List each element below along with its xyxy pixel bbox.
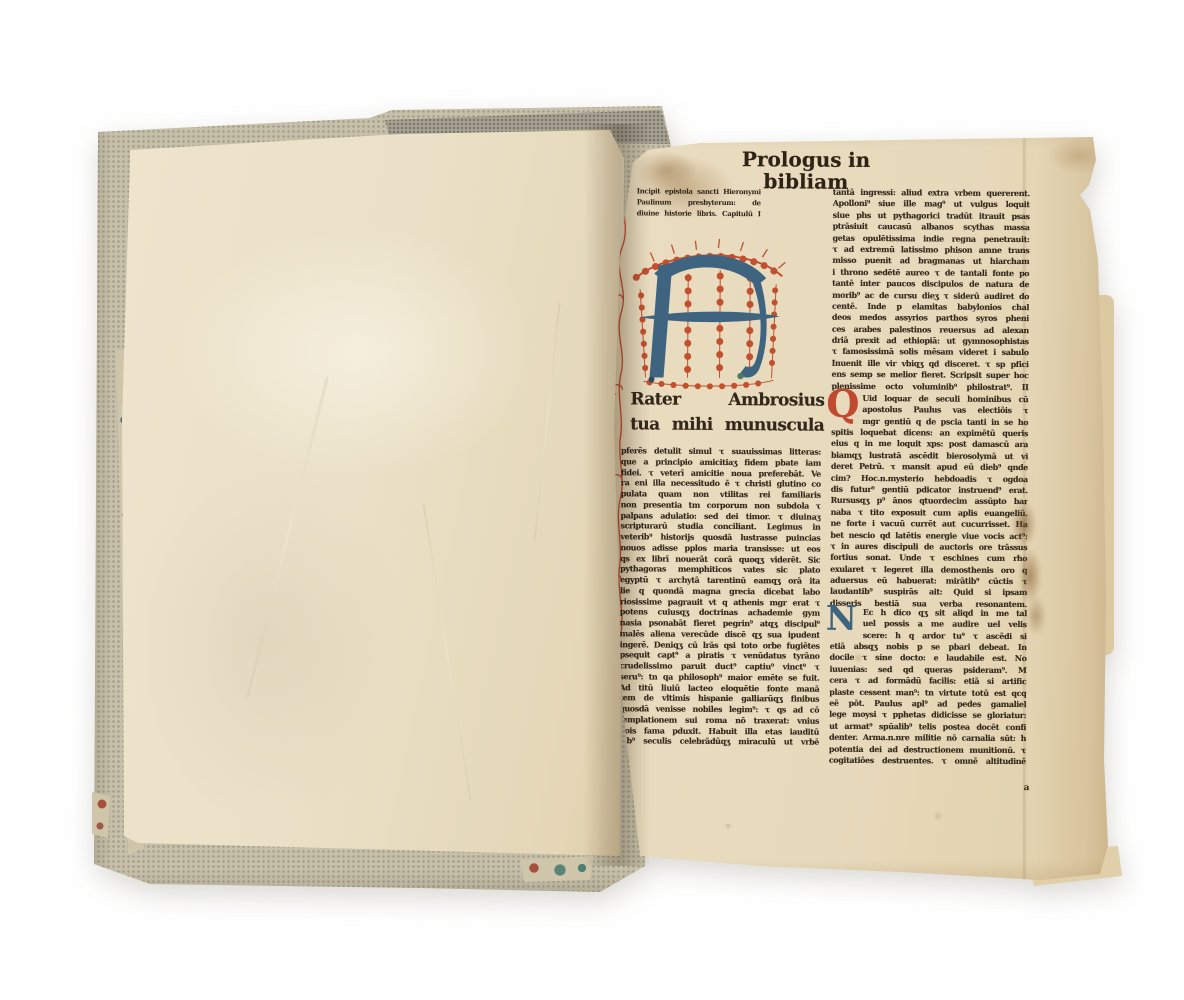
text-line: cera τ ad formādū facilis: etiā si artif… [829, 675, 1026, 688]
text-line: ens semp se melior fieret. Scripsit supe… [832, 369, 1029, 382]
text-line: lege moysi τ pphetas didicisse se gloria… [829, 709, 1026, 722]
text-line: malēs aliena verecūde discē qʒ sua ipude… [620, 628, 820, 640]
text-line: ne forte i vacuū currēt aut cucurrisset.… [830, 518, 1027, 531]
blue-letter-body [639, 254, 780, 383]
text-column-left: pferēs detulit simul τ suauissimas litte… [619, 445, 821, 747]
text-column-right-q-indent: Uid loquar de seculi hominibus cūapostol… [862, 393, 1028, 428]
decorated-paper-edge-bottom [520, 856, 594, 882]
illuminated-initial-F [623, 225, 792, 392]
page-wrinkle [533, 303, 560, 542]
text-line: fortius sonat. Unde τ eschines cum rho [830, 552, 1027, 565]
text-line: seru⁹: tn qa philosoph⁹ maior emēte se f… [619, 671, 819, 683]
page-wrinkle [246, 377, 329, 698]
text-line: ptrāsiuit caucasū albanos scythas massa [833, 221, 1030, 234]
page-wrinkle [423, 504, 472, 801]
text-line: tantē inter paucos discipulos de natura … [832, 278, 1029, 291]
book: Prologus in bibliam Incipit epistola san… [0, 0, 1184, 1000]
text-line: plenissime octo voluminib⁹ philostrat⁹. … [831, 380, 1028, 393]
text-column-right-middle: spitis loquebat dicens: an expimētū quer… [830, 427, 1028, 611]
page-content: Prologus in bibliam Incipit epistola san… [603, 125, 1120, 889]
text-line: non presentia tm corporum non subdola τ [621, 499, 821, 511]
text-line: tua mihi munuscula [630, 412, 824, 438]
text-line: oib⁹ seculis celebrādūqʒ miraculū ut vrb… [619, 736, 819, 748]
blank-verso-page [116, 122, 636, 866]
text-line: Rursusqʒ p⁹ ānos qtuordecim assūpto bar [831, 495, 1028, 508]
text-line: Paulinum presbyterum: de omnibus [637, 196, 761, 208]
text-line: deos medos assyrios parthos syros pheni [832, 312, 1029, 325]
text-column-right-lower: etiā absqʒ nobis p se pbari debeat. Indo… [829, 641, 1027, 768]
text-line: diuine historie libris. Capitulū I [637, 207, 761, 219]
lombard-initial-Q: Q [826, 385, 859, 423]
text-line: templationem sui roma nō traxerat: vnius [619, 714, 819, 726]
text-line: Rater Ambrosius [630, 387, 824, 413]
quire-signature-mark: a [1024, 783, 1030, 793]
text-column-right-n-indent: Ec h dico qʒ sit aliqd in me taluel poss… [863, 607, 1027, 642]
opening-words: Rater Ambrosiustua mihi munuscula [630, 387, 824, 438]
text-line: lie q quondā magna grecia dicebat labo [620, 585, 820, 597]
text-line: deret Petrū. τ mansit apud eū dieb⁹ qnde [831, 461, 1028, 474]
incipit-rubric: Incipit epistola sancti Hieronymi adPaul… [637, 185, 761, 219]
text-line: que a principio amicitiaʒ fidem pbate ia… [621, 456, 821, 468]
text-line: uel possis a me audire uel velis [863, 618, 1027, 631]
text-line: apostolus Paulus vas electiōis τ [862, 404, 1028, 417]
text-line: cogitatiōes destruentes. τ omnē altitudi… [829, 755, 1026, 768]
lombard-initial-N: N [826, 601, 857, 637]
text-column-right-upper: tantā ingressi: aliud extra vrbem querer… [831, 187, 1029, 393]
text-line: nouos adisse pplos maria transisse: ut e… [620, 542, 820, 554]
text-line: Incipit epistola sancti Hieronymi ad [637, 185, 761, 197]
text-line: denter. Arma.n.nre militie nō carnalia s… [829, 732, 1026, 745]
printed-recto-page: Prologus in bibliam Incipit epistola san… [608, 126, 1120, 886]
photo-of-open-incunable-book: Prologus in bibliam Incipit epistola san… [0, 0, 1184, 1000]
